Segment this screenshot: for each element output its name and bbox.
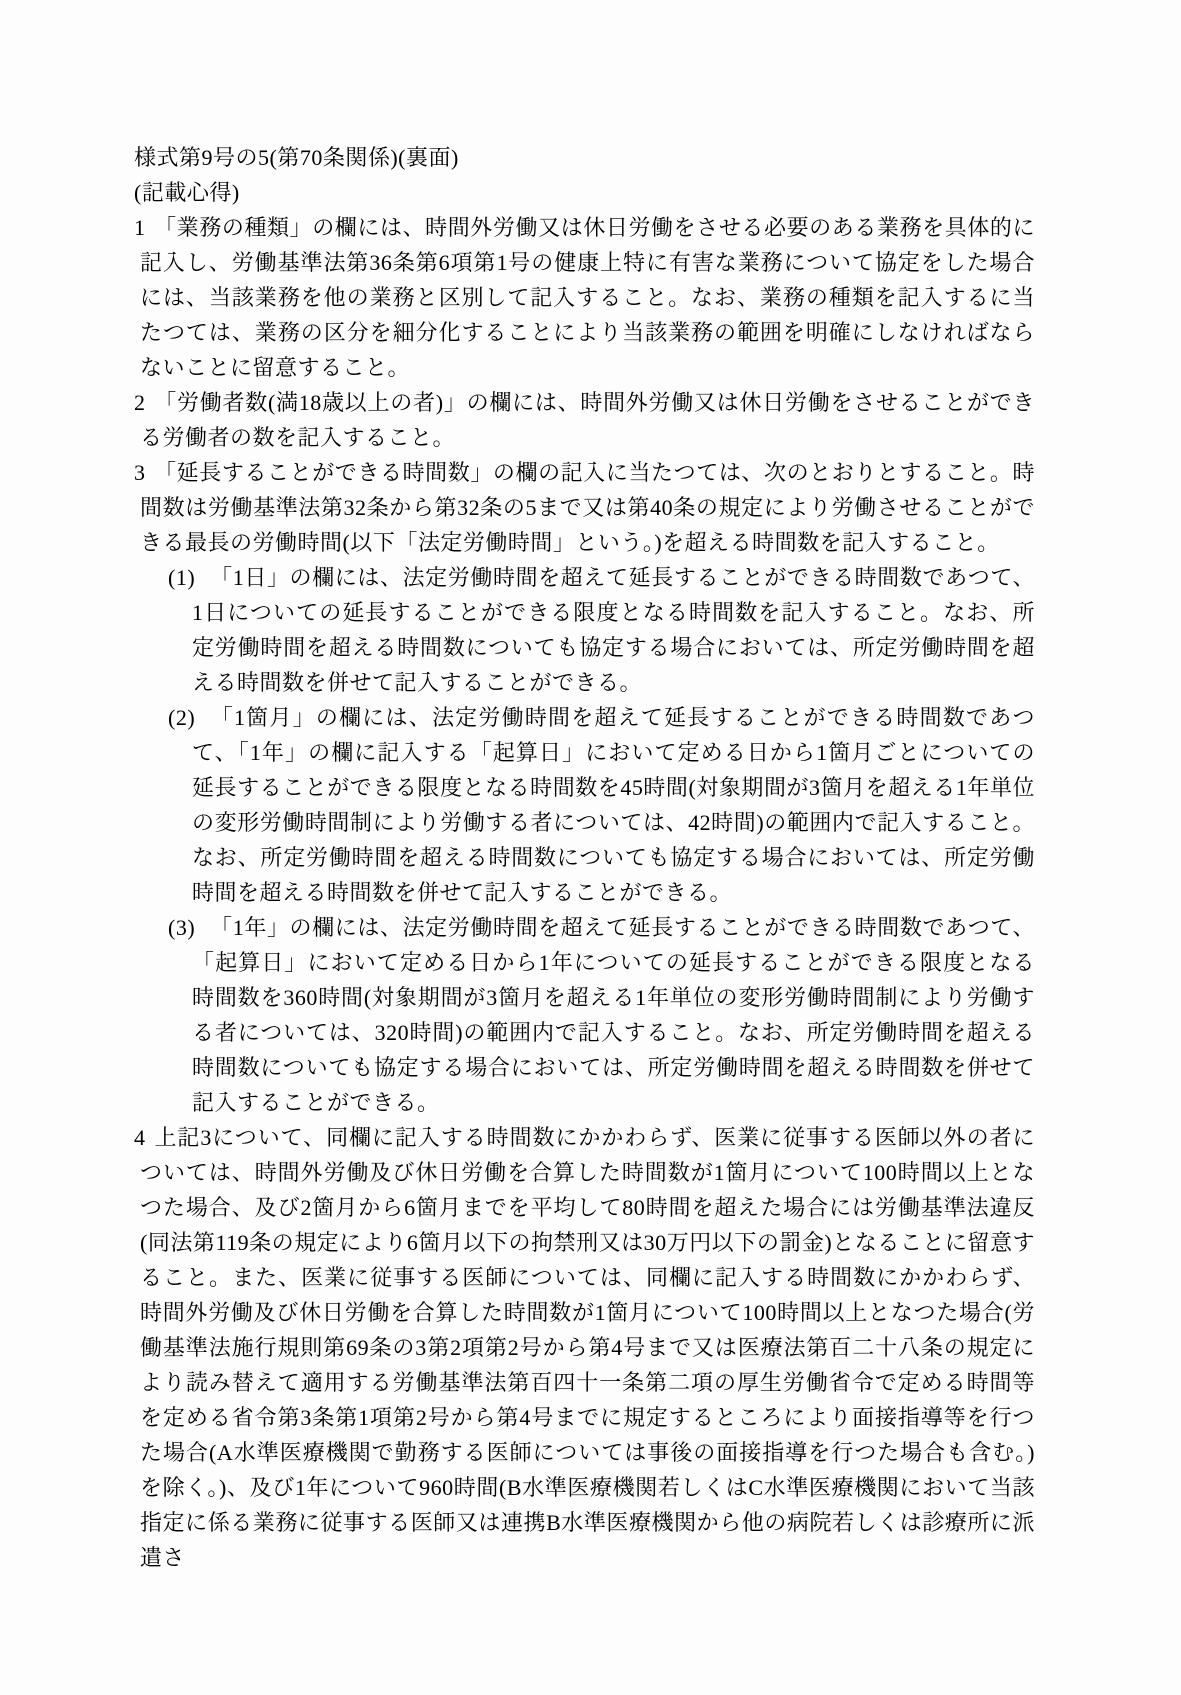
list-item-4: 4上記3について、同欄に記入する時間数にかかわらず、医業に従事する医師以外の者に…	[134, 1120, 1035, 1575]
item-3-number: 3	[134, 455, 154, 490]
document-body: 様式第9号の5(第70条関係)(裏面) (記載心得) 1「業務の種類」の欄には、…	[134, 140, 1035, 1575]
item-3-2-text: 「1箇月」の欄には、法定労働時間を超えて延長することができる時間数であつて、「1…	[192, 705, 1035, 905]
item-3-2-number: (2)	[168, 700, 210, 735]
item-1-number: 1	[134, 210, 154, 245]
item-4-text: 上記3について、同欄に記入する時間数にかかわらず、医業に従事する医師以外の者につ…	[140, 1125, 1035, 1570]
item-3-1-text: 「1日」の欄には、法定労働時間を超えて延長することができる時間数であつて、1日に…	[192, 565, 1035, 695]
item-1-text: 「業務の種類」の欄には、時間外労働又は休日労働をさせる必要のある業務を具体的に記…	[140, 215, 1035, 380]
item-3-3-number: (3)	[168, 910, 210, 945]
form-title: 様式第9号の5(第70条関係)(裏面)	[134, 140, 1035, 175]
item-4-number: 4	[134, 1120, 154, 1155]
list-item-3-3: (3)「1年」の欄には、法定労働時間を超えて延長することができる時間数であつて、…	[134, 910, 1035, 1120]
notes-heading: (記載心得)	[134, 175, 1035, 210]
item-2-text: 「労働者数(満18歳以上の者)」の欄には、時間外労働又は休日労働をさせることがで…	[140, 390, 1035, 450]
list-item-3-1: (1)「1日」の欄には、法定労働時間を超えて延長することができる時間数であつて、…	[134, 560, 1035, 700]
item-3-3-text: 「1年」の欄には、法定労働時間を超えて延長することができる時間数であつて、「起算…	[192, 915, 1035, 1115]
item-3-1-number: (1)	[168, 560, 210, 595]
list-item-1: 1「業務の種類」の欄には、時間外労働又は休日労働をさせる必要のある業務を具体的に…	[134, 210, 1035, 385]
item-3-text: 「延長することができる時間数」の欄の記入に当たつては、次のとおりとすること。時間…	[140, 460, 1035, 555]
list-item-2: 2「労働者数(満18歳以上の者)」の欄には、時間外労働又は休日労働をさせることが…	[134, 385, 1035, 455]
list-item-3: 3「延長することができる時間数」の欄の記入に当たつては、次のとおりとすること。時…	[134, 455, 1035, 560]
list-item-3-2: (2)「1箇月」の欄には、法定労働時間を超えて延長することができる時間数であつて…	[134, 700, 1035, 910]
document-page: 様式第9号の5(第70条関係)(裏面) (記載心得) 1「業務の種類」の欄には、…	[0, 0, 1181, 1695]
item-2-number: 2	[134, 385, 154, 420]
